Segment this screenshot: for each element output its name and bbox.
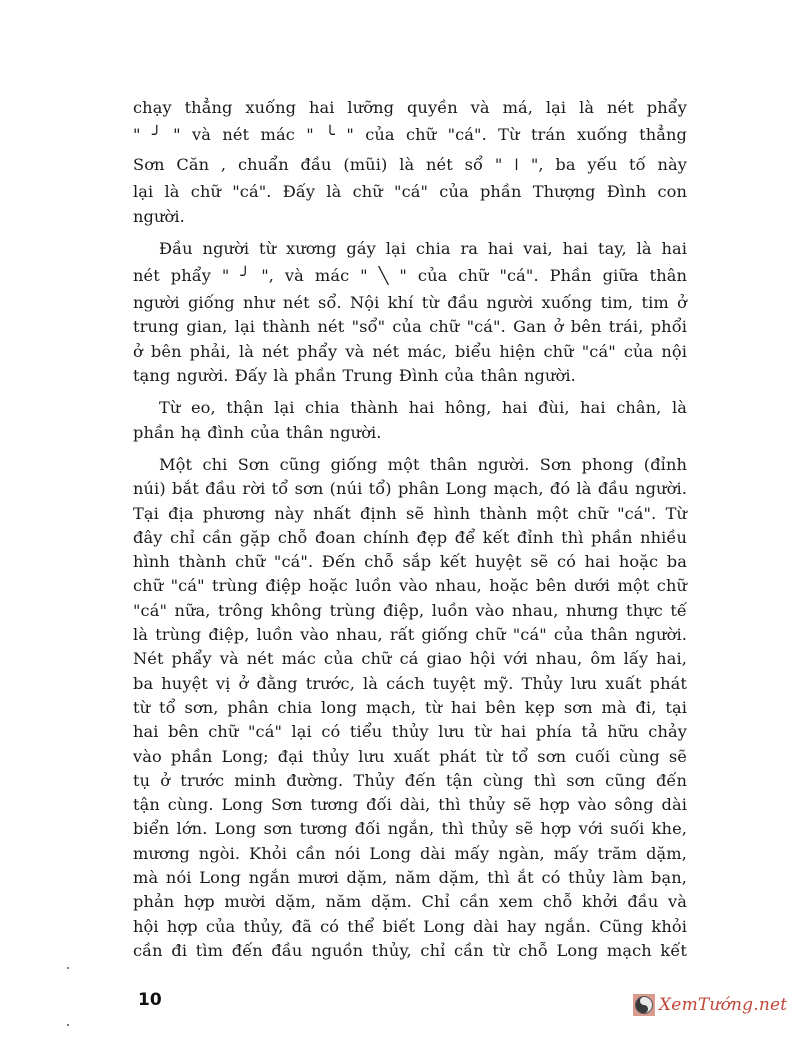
paragraph: Một chi Sơn cũng giống một thân người. S… — [133, 453, 687, 963]
text-line: trung gian, lại thành nét "sổ" của chữ "… — [133, 315, 687, 339]
text-line: mương ngòi. Khỏi cần nói Long dài mấy ng… — [133, 842, 687, 866]
page-number: 10 — [138, 990, 162, 1010]
watermark: XemTướng.net — [633, 990, 787, 1020]
scan-speck — [67, 1024, 69, 1026]
text-line: chạy thẳng xuống hai lưỡng quyền và má, … — [133, 96, 687, 120]
text-line: phản hợp mười dặm, năm dặm. Chỉ cần xem … — [133, 890, 687, 914]
text-line: phần hạ đình của thân người. — [133, 421, 687, 445]
text-line: tạng người. Đấy là phần Trung Đình của t… — [133, 364, 687, 388]
text-line: tận cùng. Long Sơn tương đối dài, thì th… — [133, 793, 687, 817]
text-line: Nét phẩy và nét mác của chữ cá giao hội … — [133, 647, 687, 671]
text-line: từ tổ sơn, phân chia long mạch, từ hai b… — [133, 696, 687, 720]
text-line: Từ eo, thận lại chia thành hai hông, hai… — [133, 396, 687, 420]
paragraph: Đầu người từ xương gáy lại chia ra hai v… — [133, 237, 687, 388]
text-line: hình thành chữ "cá". Đến chỗ sắp kết huy… — [133, 550, 687, 574]
text-line: núi) bắt đầu rời tổ sơn (núi tổ) phân Lo… — [133, 477, 687, 501]
paragraph: Từ eo, thận lại chia thành hai hông, hai… — [133, 396, 687, 445]
text-line: nét phẩy " ╯ ", và mác " ╲ " của chữ "cá… — [133, 261, 687, 291]
text-line: người. — [133, 205, 687, 229]
paragraph: chạy thẳng xuống hai lưỡng quyền và má, … — [133, 96, 687, 229]
text-line: đây chỉ cần gặp chỗ đoan chính đẹp để kế… — [133, 526, 687, 550]
text-line: mà nói Long ngắn mươi dặm, năm dặm, thì … — [133, 866, 687, 890]
book-page: chạy thẳng xuống hai lưỡng quyền và má, … — [0, 0, 800, 1042]
text-line: hai bên chữ "cá" lại có tiểu thủy lưu từ… — [133, 720, 687, 744]
text-line: ba huyệt vị ở đằng trước, là cách tuyệt … — [133, 672, 687, 696]
page-body: chạy thẳng xuống hai lưỡng quyền và má, … — [133, 96, 687, 963]
text-line: chữ "cá" trùng điệp hoặc luồn vào nhau, … — [133, 574, 687, 598]
text-line: Đầu người từ xương gáy lại chia ra hai v… — [133, 237, 687, 261]
scan-speck — [67, 967, 69, 969]
watermark-text: XemTướng.net — [659, 995, 787, 1015]
text-line: cần đi tìm đến đầu nguồn thủy, chỉ cần t… — [133, 939, 687, 963]
text-line: Một chi Sơn cũng giống một thân người. S… — [133, 453, 687, 477]
text-line: người giống như nét sổ. Nội khí từ đầu n… — [133, 291, 687, 315]
text-line: Sơn Căn , chuẩn đầu (mũi) là nét sổ " ǀ … — [133, 150, 687, 180]
text-line: "cá" nữa, trông không trùng điệp, luồn v… — [133, 599, 687, 623]
text-line: " ╯ " và nét mác " ╰ " của chữ "cá". Từ … — [133, 120, 687, 150]
text-line: vào phần Long; đại thủy lưu xuất phát từ… — [133, 745, 687, 769]
text-line: là trùng điệp, luồn vào nhau, rất giống … — [133, 623, 687, 647]
text-line: ở bên phải, là nét phẩy và nét mác, biểu… — [133, 340, 687, 364]
text-line: Tại địa phương này nhất định sẽ hình thà… — [133, 502, 687, 526]
text-line: biển lớn. Long sơn tương đối ngắn, thì t… — [133, 817, 687, 841]
text-line: tụ ở trước minh đường. Thủy đến tận cùng… — [133, 769, 687, 793]
yin-yang-icon — [633, 994, 655, 1016]
text-line: lại là chữ "cá". Đấy là chữ "cá" của phầ… — [133, 180, 687, 204]
text-line: hội hợp của thủy, đã có thể biết Long dà… — [133, 915, 687, 939]
